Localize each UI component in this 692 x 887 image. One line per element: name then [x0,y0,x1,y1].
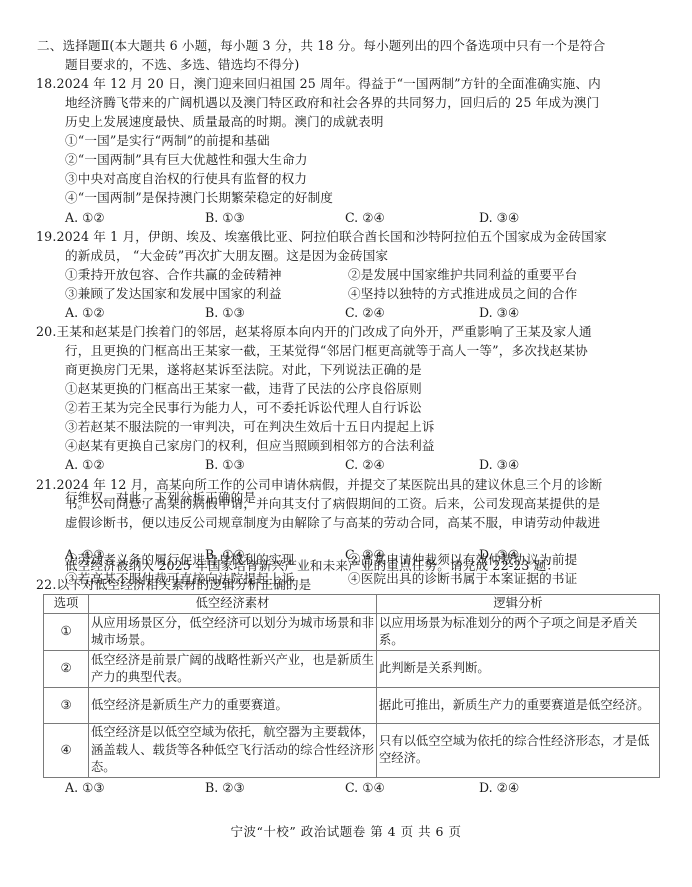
row-material: 低空经济是以低空空域为依托，航空器为主要载体，涵盖载人、载货等各种低空飞行活动的… [89,724,377,778]
material-intro: 低空经济被纳入 2025 年国家培育新兴产业和未来产业的重点任务。请完成 22-… [65,556,559,575]
row-option: ④ [44,724,89,778]
question-20-option-a[interactable]: A. ①② [65,455,105,474]
stem-text: 王某和赵某是门挨着门的邻居，赵某将原本向内开的门改成了向外开，严重影响了王某及家… [56,324,591,339]
question-number: 22. [36,577,56,592]
question-20-option-b[interactable]: B. ①③ [205,455,245,474]
question-18-statement-1: ①“一国”是实行“两制”的前提和基础 [65,131,270,150]
question-19-option-a[interactable]: A. ①② [65,303,105,322]
question-21-stem-3: 虚假诊断书，便以违反公司规章制度为由解除了与高某的劳动合同，高某不服，申请劳动仲… [65,513,600,532]
table-row: ② 低空经济是前景广阔的战略性新兴产业，也是新质生产力的典型代表。 此判断是关系… [44,651,660,688]
row-material: 从应用场景区分，低空经济可以划分为城市场景和非城市场景。 [89,614,377,651]
question-20-statement-4: ④赵某有更换自己家房门的权利，但应当照顾到相邻方的合法利益 [65,436,435,455]
question-20-option-d[interactable]: D. ③④ [479,455,519,474]
row-material: 低空经济是前景广阔的战略性新兴产业，也是新质生产力的典型代表。 [89,651,377,688]
header-analysis: 逻辑分析 [377,595,660,614]
table-row: ③ 低空经济是新质生产力的重要赛道。 据此可推出，新质生产力的重要赛道是低空经济… [44,688,660,724]
question-19-option-c[interactable]: C. ②④ [345,303,385,322]
question-18-option-d[interactable]: D. ③④ [479,208,519,227]
question-18-stem-2: 地经济腾飞带来的广阔机遇以及澳门特区政府和社会各界的共同努力，回归后的 25 年… [65,93,599,112]
question-20-statement-2: ②若王某为完全民事行为能力人，可不委托诉讼代理人自行诉讼 [65,398,422,417]
question-19-option-d[interactable]: D. ③④ [479,303,519,322]
question-22-option-b[interactable]: B. ②③ [205,778,245,797]
stem-text: 以下对低空经济相关素材的逻辑分析正确的是 [56,577,311,592]
logic-analysis-table: 选项 低空经济素材 逻辑分析 ① 从应用场景区分，低空经济可以划分为城市场景和非… [43,594,660,778]
question-21-stem-4: 行维权。对此，下列分析正确的是 [65,488,256,507]
question-20-statement-3: ③若赵某不服法院的一审判决，可在判决生效后十五日内提起上诉 [65,417,435,436]
table-row: ④ 低空经济是以低空空域为依托，航空器为主要载体，涵盖载人、载货等各种低空飞行活… [44,724,660,778]
question-20-stem-1: 20.王某和赵某是门挨着门的邻居，赵某将原本向内开的门改成了向外开，严重影响了王… [36,322,592,341]
question-20-statement-1: ①赵某更换的门框高出王某家一截，违背了民法的公序良俗原则 [65,379,422,398]
question-19-statement-1: ①秉持开放包容、合作共赢的金砖精神 [65,265,282,284]
question-22-option-a[interactable]: A. ①③ [65,778,105,797]
question-18-option-a[interactable]: A. ①② [65,208,105,227]
question-22-option-c[interactable]: C. ①④ [345,778,385,797]
row-analysis: 此判断是关系判断。 [377,651,660,688]
question-19-statement-4: ④坚持以独特的方式推进成员之间的合作 [348,284,577,303]
row-analysis: 以应用场景为标准划分的两个子项之间是矛盾关系。 [377,614,660,651]
question-19-stem-2: 的新成员， “大金砖”再次扩大朋友圈。这是因为金砖国家 [65,246,388,265]
question-20-stem-3: 商更换房门无果，遂将赵某诉至法院。对此，下列说法正确的是 [65,360,422,379]
page-footer: 宁波“十校” 政治试题卷 第 4 页 共 6 页 [0,822,692,840]
row-option: ① [44,614,89,651]
row-analysis: 只有以低空空域为依托的综合性经济形态，才是低空经济。 [377,724,660,778]
header-option: 选项 [44,595,89,614]
question-19-statement-3: ③兼顾了发达国家和发展中国家的利益 [65,284,282,303]
question-19-stem-1: 19.2024 年 1 月，伊朗、埃及、埃塞俄比亚、阿拉伯联合酋长国和沙特阿拉伯… [36,227,607,246]
question-22-option-d[interactable]: D. ②④ [479,778,519,797]
question-number: 18. [36,76,56,91]
question-18-stem-3: 历史上发展速度最快、质量最高的时期。澳门的成就表明 [65,112,384,131]
question-18-statement-3: ③中央对高度自治权的行使具有监督的权力 [65,169,307,188]
question-number: 20. [36,324,56,339]
section-header-cont: 题目要求的，不选、多选、错选均不得分) [65,55,299,74]
question-22-stem: 22.以下对低空经济相关素材的逻辑分析正确的是 [36,575,311,594]
stem-text: 2024 年 1 月，伊朗、埃及、埃塞俄比亚、阿拉伯联合酋长国和沙特阿拉伯五个国… [56,229,606,244]
question-18-statement-4: ④“一国两制”是保持澳门长期繁荣稳定的好制度 [65,188,333,207]
section-header: 二、选择题Ⅱ(本大题共 6 小题，每小题 3 分，共 18 分。每小题列出的四个… [37,36,605,55]
row-material: 低空经济是新质生产力的重要赛道。 [89,688,377,724]
question-18-statement-2: ②“一国两制”具有巨大优越性和强大生命力 [65,150,308,169]
table-row: ① 从应用场景区分，低空经济可以划分为城市场景和非城市场景。 以应用场景为标准划… [44,614,660,651]
question-number: 21. [36,477,56,492]
question-18-option-b[interactable]: B. ①③ [205,208,245,227]
row-option: ② [44,651,89,688]
question-20-stem-2: 行，且更换的门框高出王某家一截，王某觉得“邻居门框更高就等于高人一等”，多次找赵… [65,341,588,360]
table-header-row: 选项 低空经济素材 逻辑分析 [44,595,660,614]
question-18-option-c[interactable]: C. ②④ [345,208,385,227]
question-number: 19. [36,229,56,244]
row-option: ③ [44,688,89,724]
stem-text: 2024 年 12 月 20 日，澳门迎来回归祖国 25 周年。得益于“一国两制… [56,76,600,91]
question-18-stem-1: 18.2024 年 12 月 20 日，澳门迎来回归祖国 25 周年。得益于“一… [36,74,601,93]
row-analysis: 据此可推出，新质生产力的重要赛道是低空经济。 [377,688,660,724]
question-19-option-b[interactable]: B. ①③ [205,303,245,322]
header-material: 低空经济素材 [89,595,377,614]
question-20-option-c[interactable]: C. ②④ [345,455,385,474]
question-19-statement-2: ②是发展中国家维护共同利益的重要平台 [348,265,577,284]
